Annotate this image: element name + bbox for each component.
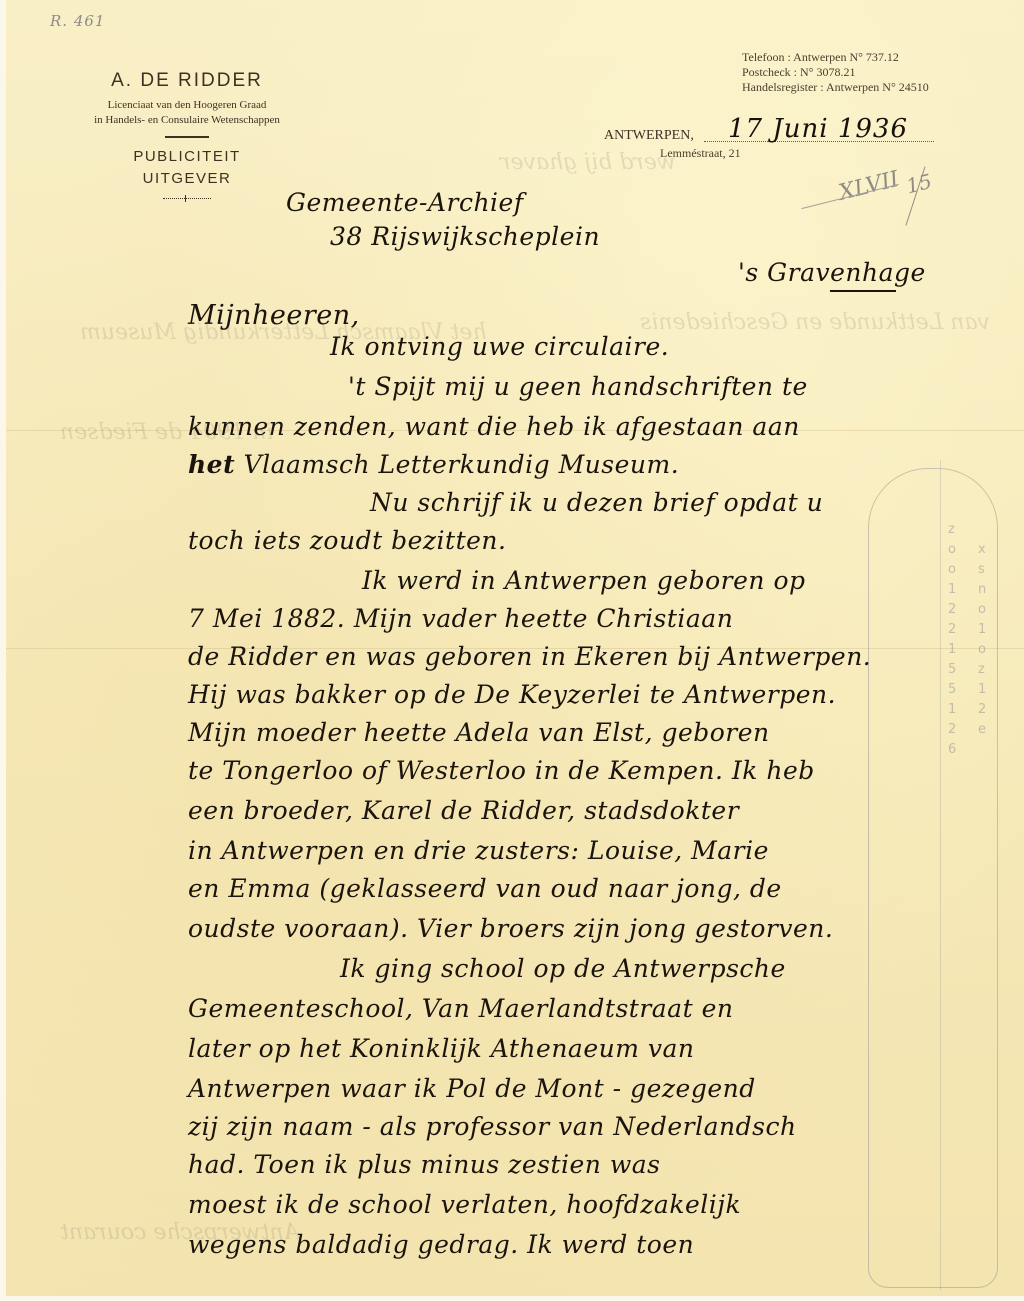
postcheck-line: Postcheck : N° 3078.21 bbox=[742, 65, 929, 80]
letter-line: zij zijn naam - als professor van Nederl… bbox=[188, 1112, 797, 1141]
letterhead-role: PUBLICITEIT bbox=[52, 146, 322, 168]
letter-line: moest ik de school verlaten, hoofdzakeli… bbox=[188, 1190, 741, 1219]
recipient-line-3: 's Gravenhage bbox=[738, 258, 926, 287]
recipient-line-1: Gemeente-Archief bbox=[286, 188, 524, 217]
dateline: ANTWERPEN, 17 Juni 1936 bbox=[604, 118, 934, 142]
telephone-line: Telefoon : Antwerpen N° 737.12 bbox=[742, 50, 929, 65]
letter-line: en Emma (geklasseerd van oud naar jong, … bbox=[188, 874, 782, 903]
letterhead-name: A. DE RIDDER bbox=[52, 70, 322, 92]
letter-line: 7 Mei 1882. Mijn vader heette Christiaan bbox=[188, 604, 733, 633]
scan-border-bottom bbox=[0, 1296, 1024, 1301]
trade-register-line: Handelsregister : Antwerpen N° 24510 bbox=[742, 80, 929, 95]
letter-line: Nu schrijf ik u dezen brief opdat u bbox=[370, 488, 823, 517]
letter-line: Ik ging school op de Antwerpsche bbox=[340, 954, 786, 983]
bleed-through-text: van Lettkunde en Geschiedenis bbox=[640, 310, 990, 335]
letter-line: in Antwerpen en drie zusters: Louise, Ma… bbox=[188, 836, 769, 865]
pencil-margin-notes: xsno1oz12e bbox=[978, 540, 990, 740]
letter-line: te Tongerloo of Westerloo in de Kempen. … bbox=[188, 756, 815, 785]
letter-line: Ik werd in Antwerpen geboren op bbox=[362, 566, 806, 595]
contact-block: Telefoon : Antwerpen N° 737.12 Postcheck… bbox=[742, 50, 929, 95]
letter-line: had. Toen ik plus minus zestien was bbox=[188, 1150, 661, 1179]
letter-line: Hij was bakker op de De Keyzerlei te Ant… bbox=[188, 680, 836, 709]
letterhead-subtitle: in Handels- en Consulaire Wetenschappen bbox=[52, 113, 322, 128]
letterhead-divider bbox=[165, 136, 209, 138]
recipient-underline bbox=[830, 290, 896, 292]
letter-line: Antwerpen waar ik Pol de Mont - gezegend bbox=[188, 1074, 756, 1103]
dateline-date: 17 Juni 1936 bbox=[728, 114, 908, 144]
letterhead: A. DE RIDDER Licenciaat van den Hoogeren… bbox=[52, 70, 322, 200]
letter-line: het Vlaamsch Letterkundig Museum. bbox=[188, 450, 679, 479]
letterhead-role: UITGEVER bbox=[52, 168, 322, 190]
letter-line: de Ridder en was geboren in Ekeren bij A… bbox=[188, 642, 871, 671]
dateline-city: ANTWERPEN, bbox=[604, 128, 694, 144]
letter-line: een broeder, Karel de Ridder, stadsdokte… bbox=[188, 796, 739, 825]
letter-line: oudste vooraan). Vier broers zijn jong g… bbox=[188, 914, 833, 943]
letterhead-subtitle: Licenciaat van den Hoogeren Graad bbox=[52, 98, 322, 113]
scan-border-left bbox=[0, 0, 6, 1301]
archive-reference-mark: R. 461 bbox=[50, 12, 105, 30]
recipient-line-2: 38 Rijswijkscheplein bbox=[330, 222, 600, 251]
letter-line: Ik ontving uwe circulaire. bbox=[330, 332, 669, 361]
letter-line: later op het Koninklijk Athenaeum van bbox=[188, 1034, 695, 1063]
letter-line: 't Spijt mij u geen handschriften te bbox=[348, 372, 808, 401]
letter-line: wegens baldadig gedrag. Ik werd toen bbox=[188, 1230, 694, 1259]
letter-line: kunnen zenden, want die heb ik afgestaan… bbox=[188, 412, 800, 441]
emphasized-word: het bbox=[188, 450, 235, 479]
letter-line: toch iets zoudt bezitten. bbox=[188, 526, 506, 555]
pencil-margin-notes: zoo122155126 bbox=[948, 520, 960, 760]
letterhead-ornament bbox=[163, 198, 211, 200]
bleed-through-text: werd bij ghaver bbox=[500, 150, 676, 175]
letter-line: Gemeenteschool, Van Maerlandtstraat en bbox=[188, 994, 733, 1023]
salutation: Mijnheeren, bbox=[188, 300, 360, 331]
pencil-line bbox=[940, 460, 941, 1290]
letter-line: Mijn moeder heette Adela van Elst, gebor… bbox=[188, 718, 770, 747]
dateline-street: Lemméstraat, 21 bbox=[660, 146, 741, 161]
